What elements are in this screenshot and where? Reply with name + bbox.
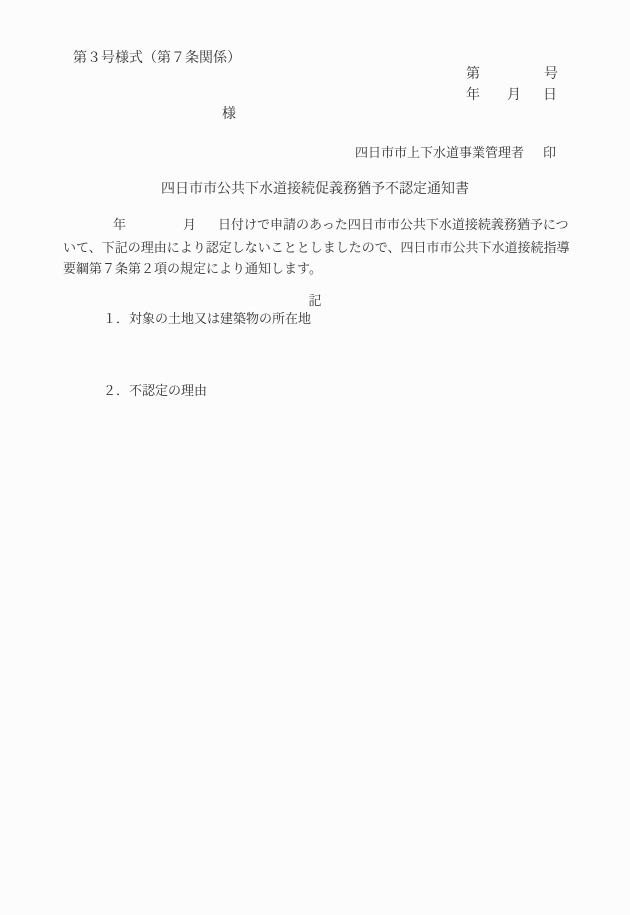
document-number-prefix: 第 — [466, 66, 480, 84]
document-number-suffix: 号 — [544, 66, 558, 84]
issuer-name: 四日市市上下水道事業管理者 — [355, 145, 524, 161]
list-item-location: １．対象の土地又は建築物の所在地 — [103, 311, 311, 327]
body-blank-month: 月 — [183, 217, 196, 233]
document-page: 第３号様式（第７条関係） 第 号 年 月 日 様 四日市市上下水道事業管理者 印… — [0, 0, 630, 915]
document-title: 四日市市公共下水道接続促義務猶予不認定通知書 — [0, 181, 630, 199]
body-paragraph-line2: いて、下記の理由により認定しないこととしましたので、四日市市公共下水道接続指導 — [63, 240, 569, 256]
list-item-reason: ２．不認定の理由 — [103, 383, 207, 399]
record-heading: 記 — [0, 293, 630, 309]
body-blank-year: 年 — [113, 217, 126, 233]
body-paragraph-line1: 日付けで申請のあった四日市市公共下水道接続義務猶予につ — [218, 217, 569, 233]
date-day-label: 日 — [543, 87, 557, 105]
date-month-label: 月 — [507, 87, 521, 105]
body-paragraph-line3: 要綱第７条第２項の規定により通知します。 — [63, 261, 322, 277]
form-number-label: 第３号様式（第７条関係） — [73, 50, 241, 68]
addressee-honorific: 様 — [222, 106, 236, 124]
date-year-label: 年 — [466, 87, 480, 105]
seal-placeholder: 印 — [543, 145, 556, 161]
